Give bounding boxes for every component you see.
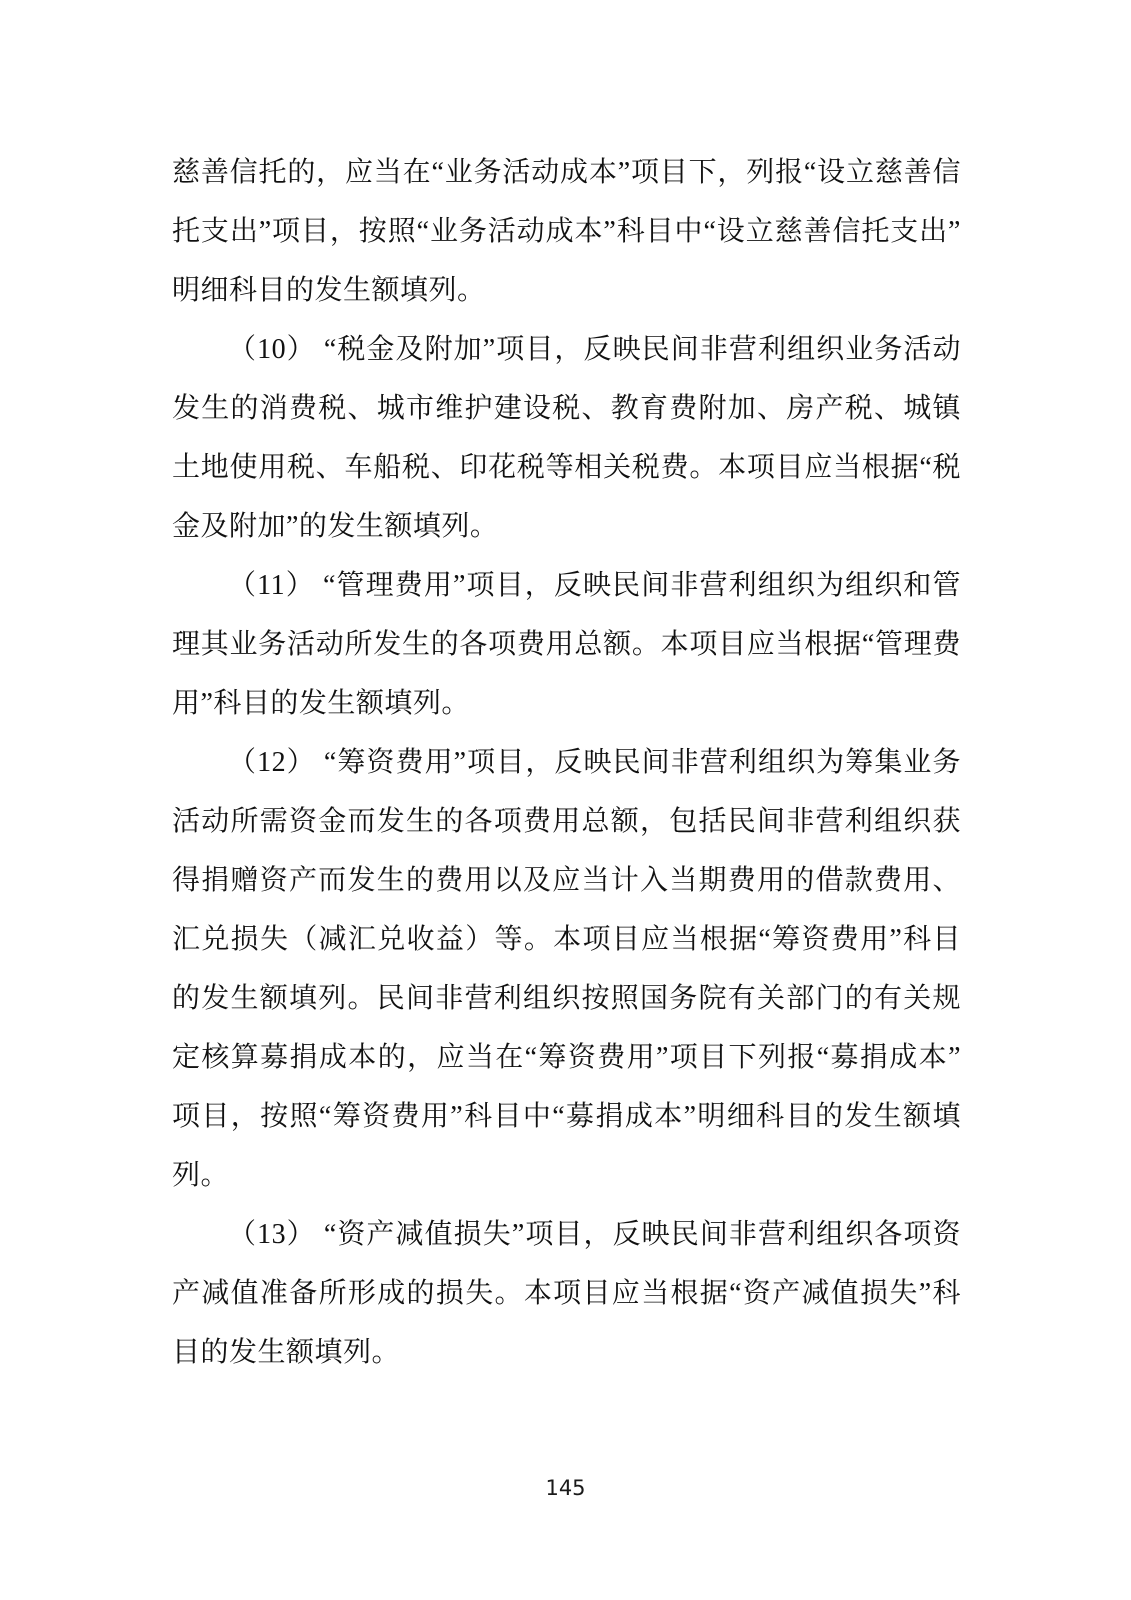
paragraph-item-11-administrative-expenses: （11） “管理费用”项目，反映民间非营利组织为组织和管理其业务活动所发生的各项… — [172, 556, 961, 733]
document-page: 慈善信托的，应当在“业务活动成本”项目下，列报“设立慈善信托支出”项目，按照“业… — [0, 0, 1131, 1600]
paragraph-item-12-fundraising-expenses: （12） “筹资费用”项目，反映民间非营利组织为筹集业务活动所需资金而发生的各项… — [172, 733, 961, 1205]
paragraph-charity-trust-continuation: 慈善信托的，应当在“业务活动成本”项目下，列报“设立慈善信托支出”项目，按照“业… — [172, 143, 961, 320]
body-text: 慈善信托的，应当在“业务活动成本”项目下，列报“设立慈善信托支出”项目，按照“业… — [172, 143, 961, 1382]
paragraph-item-13-asset-impairment-loss: （13） “资产减值损失”项目，反映民间非营利组织各项资产减值准备所形成的损失。… — [172, 1205, 961, 1382]
page-number: 145 — [0, 1476, 1131, 1500]
paragraph-item-10-taxes-and-surcharges: （10） “税金及附加”项目，反映民间非营利组织业务活动发生的消费税、城市维护建… — [172, 320, 961, 556]
